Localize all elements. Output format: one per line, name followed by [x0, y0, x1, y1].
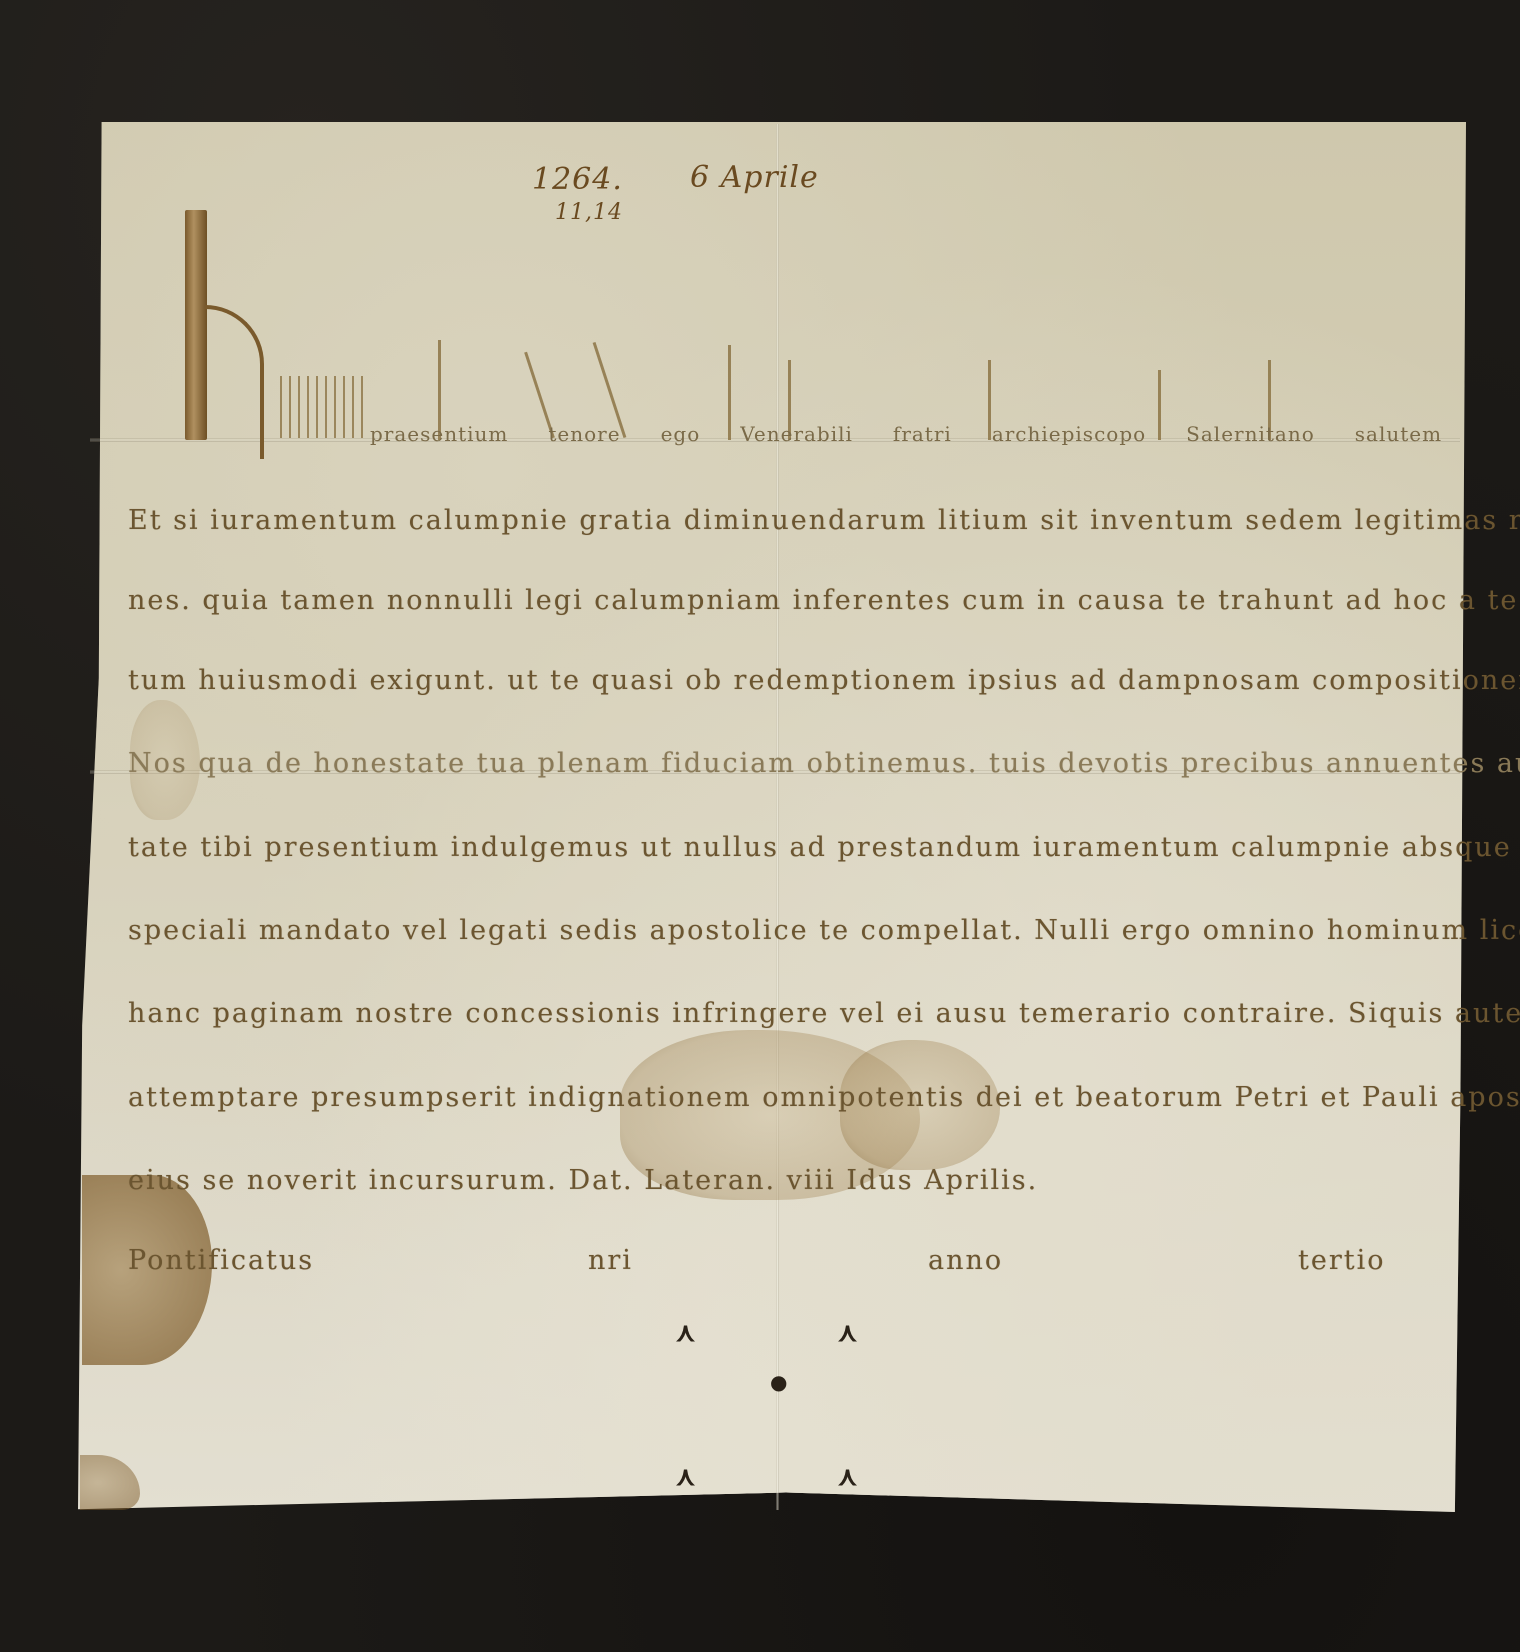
annotation-year: 1264. [532, 162, 623, 197]
text-line: tate tibi presentium indulgemus ut nullu… [128, 832, 1408, 863]
header-line: praesentium tenore ego Venerabili fratri… [370, 422, 1420, 446]
annotation-date: 6 Aprile [690, 160, 819, 195]
seal-cord-hole: ● [770, 1370, 787, 1394]
text-line: Et si iuramentum calumpnie gratia diminu… [128, 505, 1408, 536]
text-line: tum huiusmodi exigunt. ut te quasi ob re… [128, 665, 1408, 696]
text-line: attemptare presumpserit indignationem om… [128, 1082, 1408, 1113]
seal-cord-hole: ⋏ [838, 1462, 857, 1492]
text-line: speciali mandato vel legati sedis aposto… [128, 915, 1408, 946]
seal-cord-hole: ⋏ [676, 1462, 695, 1492]
seal-cord-hole: ⋏ [676, 1318, 695, 1348]
text-line: Nos qua de honestate tua plenam fiduciam… [128, 748, 1408, 779]
elongated-script-line [168, 200, 1398, 440]
text-line: hanc paginam nostre concessionis infring… [128, 998, 1408, 1029]
text-line: nes. quia tamen nonnulli legi calumpniam… [128, 585, 1408, 616]
seal-cord-hole: ⋏ [838, 1318, 857, 1348]
dating-line: eius se noverit incursurum. Dat. Lateran… [128, 1165, 1408, 1196]
